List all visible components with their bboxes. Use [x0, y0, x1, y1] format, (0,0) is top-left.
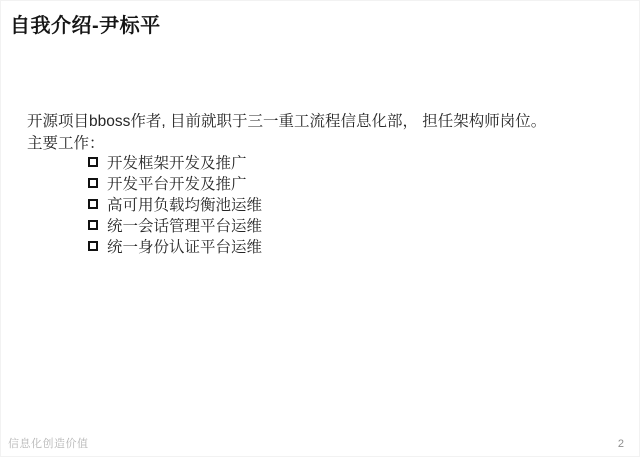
list-item: 统一会话管理平台运维: [88, 214, 262, 235]
list-item: 高可用负载均衡池运维: [88, 193, 262, 214]
presentation-slide: 自我介绍-尹标平 开源项目bboss作者, 目前就职于三一重工流程信息化部， 担…: [0, 0, 640, 457]
intro-line-1: 开源项目bboss作者, 目前就职于三一重工流程信息化部， 担任架构师岗位。: [27, 111, 546, 133]
square-checkbox-bullet-icon: [88, 199, 98, 209]
square-checkbox-bullet-icon: [88, 241, 98, 251]
list-item-label: 开发平台开发及推广: [107, 172, 247, 194]
list-item-label: 开发框架开发及推广: [107, 151, 247, 173]
square-checkbox-bullet-icon: [88, 178, 98, 188]
footer-slogan: 信息化创造价值: [8, 435, 89, 451]
slide-title: 自我介绍-尹标平: [10, 9, 161, 38]
square-checkbox-bullet-icon: [88, 157, 98, 167]
intro-paragraph: 开源项目bboss作者, 目前就职于三一重工流程信息化部， 担任架构师岗位。 主…: [27, 111, 546, 155]
list-item-label: 统一会话管理平台运维: [107, 214, 262, 236]
work-items-list: 开发框架开发及推广 开发平台开发及推广 高可用负载均衡池运维 统一会话管理平台运…: [88, 151, 262, 256]
page-number: 2: [618, 438, 624, 450]
list-item-label: 统一身份认证平台运维: [107, 235, 262, 257]
list-item: 开发框架开发及推广: [88, 151, 262, 172]
list-item-label: 高可用负载均衡池运维: [107, 193, 262, 215]
square-checkbox-bullet-icon: [88, 220, 98, 230]
list-item: 统一身份认证平台运维: [88, 235, 262, 256]
list-item: 开发平台开发及推广: [88, 172, 262, 193]
